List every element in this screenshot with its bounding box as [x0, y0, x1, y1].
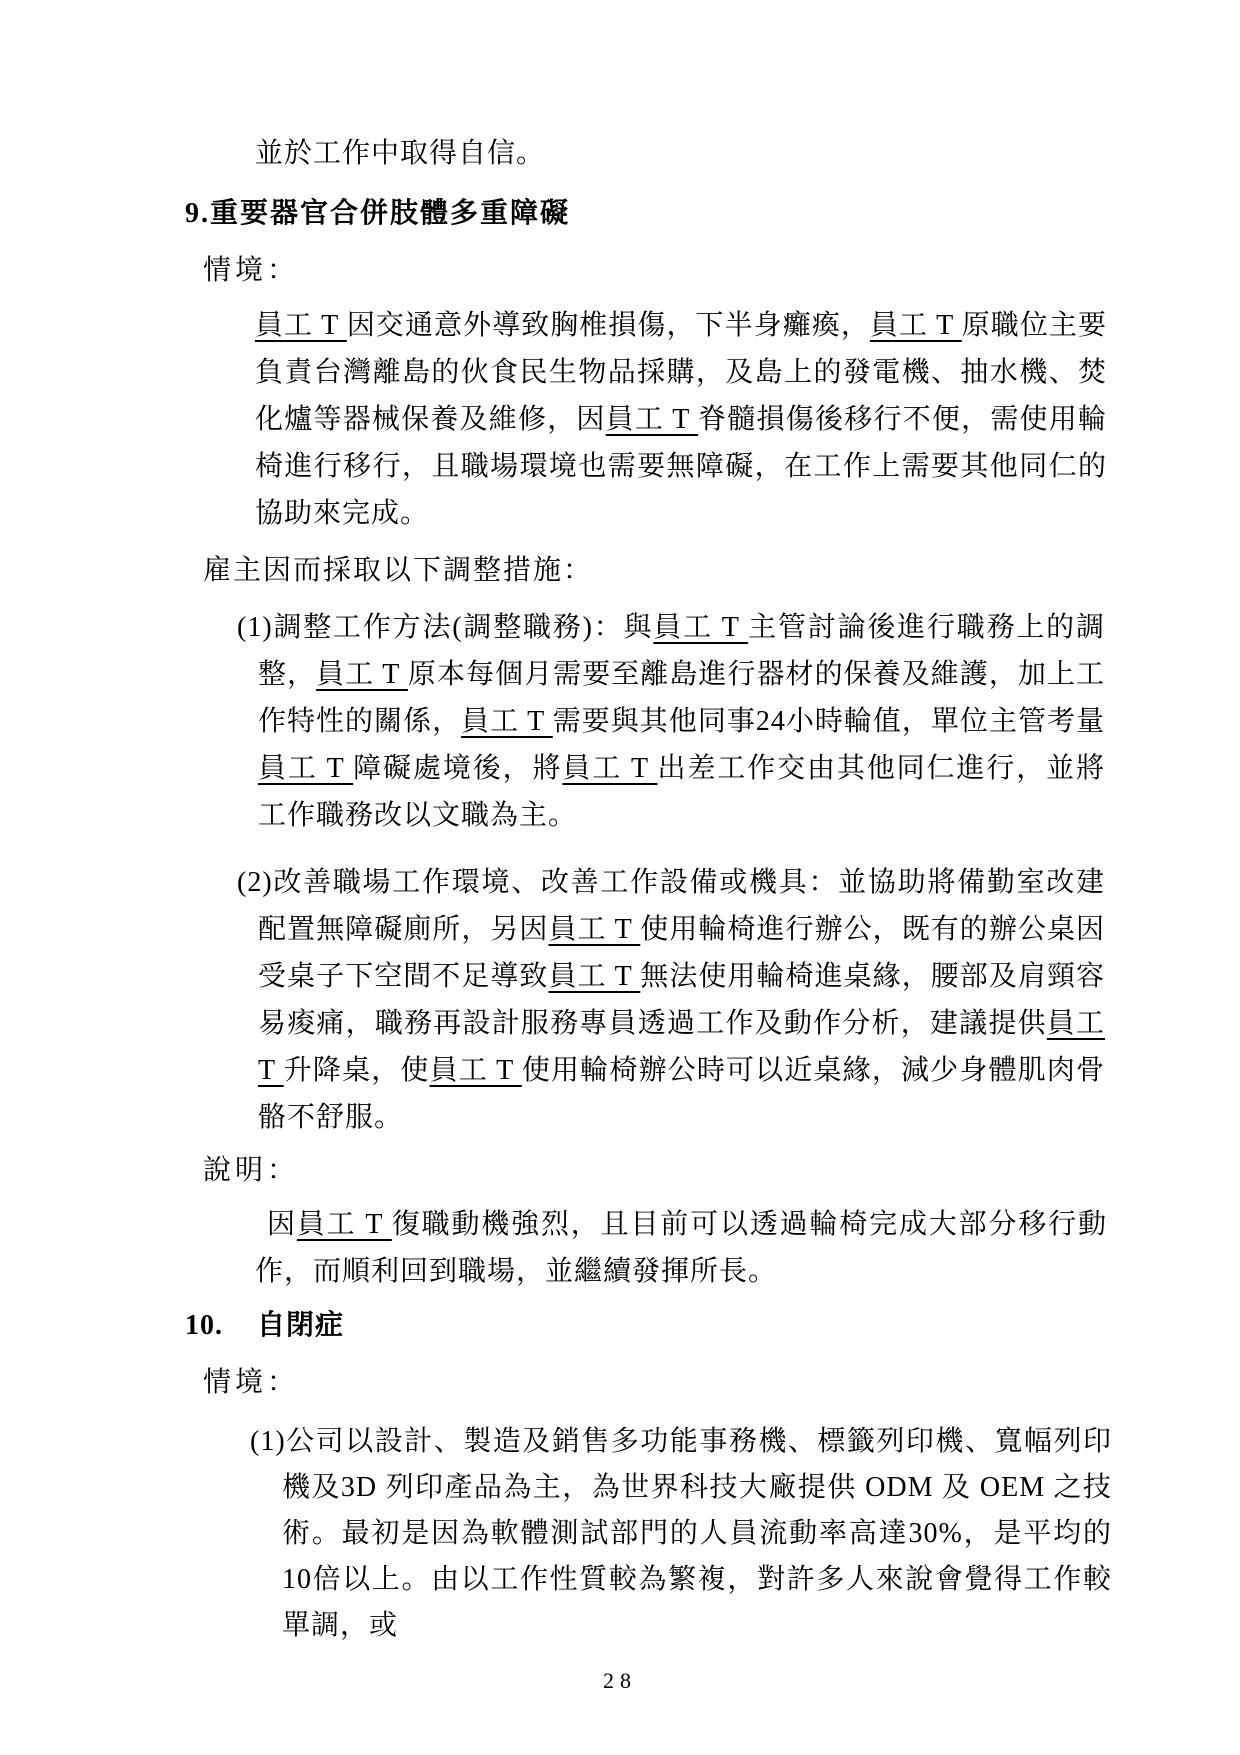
scenario-paragraph: 員工 T 因交通意外導致胸椎損傷，下半身癱瘓，員工 T 原職位主要負責台灣離島的… — [255, 302, 1107, 537]
underlined-employee-ref: 員工 T — [297, 1209, 392, 1240]
underlined-employee-ref: 員工 T — [548, 914, 640, 945]
previous-case-closing-line: 並於工作中取得自信。 — [255, 130, 545, 177]
text-segment: 情境： — [203, 1367, 299, 1398]
underlined-employee-ref: 員工 T — [606, 404, 698, 435]
employer-measures-label: 雇主因而採取以下調整措施： — [203, 547, 593, 594]
text-segment: (1)公司以設計、製造及銷售多功能事務機、標籤列印機、寬幅列印機及3D 列印產品… — [250, 1426, 1112, 1641]
text-segment: 說明： — [203, 1155, 299, 1186]
underlined-employee-ref: 員工 T — [255, 310, 347, 341]
document-page: 並於工作中取得自信。9.重要器官合併肢體多重障礙情境：員工 T 因交通意外導致胸… — [0, 0, 1240, 1755]
underlined-employee-ref: 員工 T — [653, 612, 748, 643]
text-segment: 10. — [185, 1310, 223, 1341]
text-segment: 自閉症 — [257, 1310, 344, 1341]
underlined-employee-ref: 員工 T — [870, 310, 962, 341]
underlined-employee-ref: 員工 T — [548, 961, 640, 992]
scenario-label: 情境： — [203, 247, 299, 294]
explanation-label: 說明： — [203, 1147, 299, 1194]
underlined-employee-ref: 員工 T — [562, 753, 657, 784]
section-9-heading: 9.重要器官合併肢體多重障礙 — [185, 190, 570, 237]
underlined-employee-ref: 員工 T — [461, 706, 553, 737]
measure-item-1: (1)調整工作方法(調整職務)：與員工 T 主管討論後進行職務上的調整，員工 T… — [237, 604, 1105, 839]
text-segment: 因交通意外導致胸椎損傷，下半身癱瘓， — [347, 310, 870, 341]
explanation-paragraph: 因員工 T 復職動機強烈，且目前可以透過輪椅完成大部分移行動作，而順利回到職場，… — [255, 1201, 1107, 1295]
page-number: 28 — [0, 1668, 1240, 1694]
underlined-employee-ref: 員工 T — [258, 753, 353, 784]
underlined-employee-ref: 員工 T — [316, 659, 408, 690]
scenario-label: 情境： — [203, 1359, 299, 1406]
underlined-employee-ref: 員工 T — [430, 1055, 522, 1086]
text-segment: 9.重要器官合併肢體多重障礙 — [185, 198, 570, 229]
text-segment: 並於工作中取得自信。 — [255, 138, 545, 169]
text-segment: 雇主因而採取以下調整措施： — [203, 555, 593, 586]
text-segment: 障礙處境後，將 — [353, 753, 562, 784]
text-segment: 情境： — [203, 255, 299, 286]
section-10-heading: 10.自閉症 — [185, 1302, 344, 1349]
text-segment: 需要與其他同事24小時輪值，單位主管考量 — [553, 706, 1105, 737]
text-segment: (1)調整工作方法(調整職務)：與 — [237, 612, 653, 643]
scenario-item-1: (1)公司以設計、製造及銷售多功能事務機、標籤列印機、寬幅列印機及3D 列印產品… — [250, 1419, 1112, 1649]
text-segment: 升降桌，使 — [284, 1055, 430, 1086]
text-segment: 因 — [267, 1209, 297, 1240]
measure-item-2: (2)改善職場工作環境、改善工作設備或機具：並協助將備勤室改建配置無障礙廁所，另… — [237, 859, 1105, 1141]
